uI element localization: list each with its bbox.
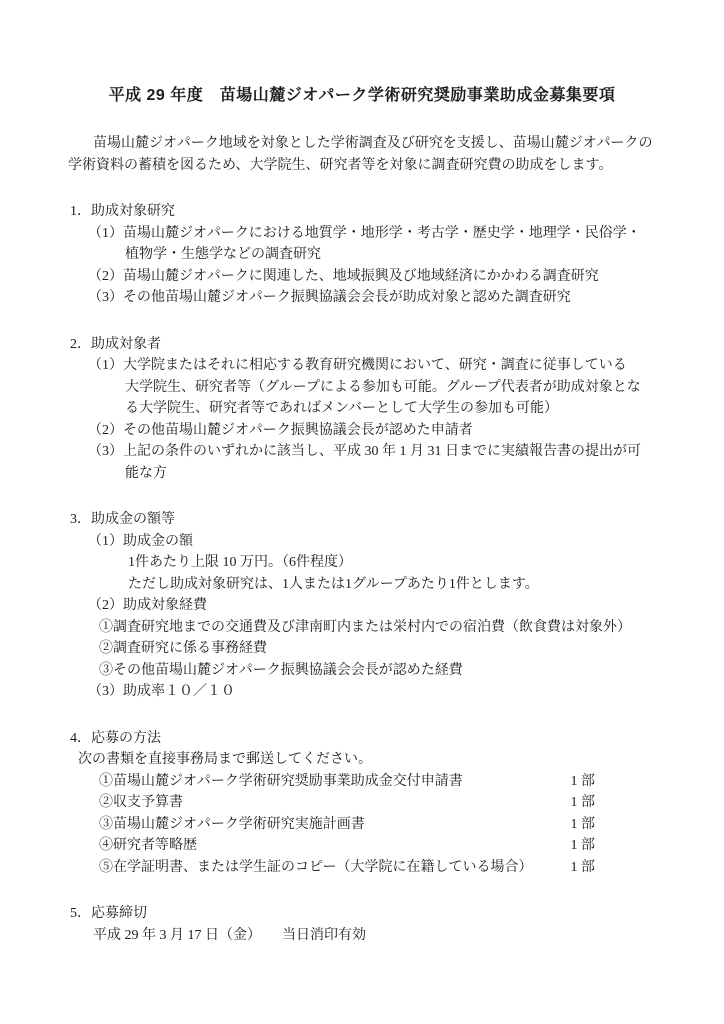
list-circled-item: ①調査研究地までの交通費及び津南町内または栄村内での宿泊費（飲食費は対象外）	[0, 617, 724, 639]
list-item: （2）その他苗場山麓ジオパーク振興協議会長が認めた申請者	[0, 420, 724, 442]
doc-count: 1 部	[571, 792, 596, 814]
deadline-date: 平成 29 年 3 月 17 日（金） 当日消印有効	[0, 925, 724, 947]
list-item-continuation: 植物学・生態学などの調査研究	[0, 244, 724, 266]
list-item: （2）助成対象経費	[0, 595, 724, 617]
doc-row: ②収支予算書 1 部	[0, 792, 724, 814]
list-item: （2）苗場山麓ジオパークに関連した、地域振興及び地域経済にかかわる調査研究	[0, 266, 724, 288]
list-item-continuation: 能な方	[0, 463, 724, 485]
doc-count: 1 部	[571, 771, 596, 793]
list-item-continuation: る大学院生、研究者等であればメンバーとして大学生の参加も可能）	[0, 398, 724, 420]
list-item: （1）苗場山麓ジオパークにおける地質学・地形学・考古学・歴史学・地理学・民俗学・	[0, 223, 724, 245]
doc-count: 1 部	[571, 857, 596, 879]
doc-name: ③苗場山麓ジオパーク学術研究実施計画書	[0, 814, 365, 836]
section-eligible-applicants: 2．助成対象者 （1）大学院またはそれに相応する教育研究機関において、研究・調査…	[0, 334, 724, 485]
section-deadline: 5．応募締切 平成 29 年 3 月 17 日（金） 当日消印有効	[0, 903, 724, 946]
doc-row: ①苗場山麓ジオパーク学術研究奨励事業助成金交付申請書 1 部	[0, 771, 724, 793]
intro-line: 学術資料の蓄積を図るため、大学院生、研究者等を対象に調査研究費の助成をします。	[0, 155, 724, 177]
doc-name: ⑤在学証明書、または学生証のコピー（大学院に在籍している場合）	[0, 857, 532, 879]
doc-row: ③苗場山麓ジオパーク学術研究実施計画書 1 部	[0, 814, 724, 836]
list-circled-item: ③その他苗場山麓ジオパーク振興協議会会長が認めた経費	[0, 660, 724, 682]
list-item: （3）助成率１０／１０	[0, 681, 724, 703]
list-item: （1）助成金の額	[0, 531, 724, 553]
section-application-method: 4．応募の方法 次の書類を直接事務局まで郵送してください。 ①苗場山麓ジオパーク…	[0, 728, 724, 879]
doc-row: ⑤在学証明書、または学生証のコピー（大学院に在籍している場合） 1 部	[0, 857, 724, 879]
doc-name: ④研究者等略歴	[0, 835, 197, 857]
section-heading: 1．助成対象研究	[0, 201, 724, 223]
list-item: （1）大学院またはそれに相応する教育研究機関において、研究・調査に従事している	[0, 355, 724, 377]
document-title: 平成 29 年度 苗場山麓ジオパーク学術研究奨励事業助成金募集要項	[0, 86, 724, 106]
section-grant-amount: 3．助成金の額等 （1）助成金の額 1件あたり上限 10 万円。（6件程度） た…	[0, 509, 724, 703]
list-subitem: ただし助成対象研究は、1人または1グループあたり1件とします。	[0, 574, 724, 596]
doc-row: ④研究者等略歴 1 部	[0, 835, 724, 857]
list-item-continuation: 大学院生、研究者等（グループによる参加も可能。グループ代表者が助成対象とな	[0, 377, 724, 399]
section-heading: 5．応募締切	[0, 903, 724, 925]
section-eligible-research: 1．助成対象研究 （1）苗場山麓ジオパークにおける地質学・地形学・考古学・歴史学…	[0, 201, 724, 309]
list-subitem: 1件あたり上限 10 万円。（6件程度）	[0, 552, 724, 574]
doc-name: ①苗場山麓ジオパーク学術研究奨励事業助成金交付申請書	[0, 771, 463, 793]
doc-count: 1 部	[571, 835, 596, 857]
document-page: 平成 29 年度 苗場山麓ジオパーク学術研究奨励事業助成金募集要項 苗場山麓ジオ…	[0, 0, 724, 1024]
list-item: （3）上記の条件のいずれかに該当し、平成 30 年 1 月 31 日までに実績報…	[0, 441, 724, 463]
list-circled-item: ②調査研究に係る事務経費	[0, 638, 724, 660]
section-heading: 2．助成対象者	[0, 334, 724, 356]
section-heading: 3．助成金の額等	[0, 509, 724, 531]
section-lead-text: 次の書類を直接事務局まで郵送してください。	[0, 749, 724, 771]
intro-line: 苗場山麓ジオパーク地域を対象とした学術調査及び研究を支援し、苗場山麓ジオパークの	[0, 133, 724, 155]
doc-count: 1 部	[571, 814, 596, 836]
section-heading: 4．応募の方法	[0, 728, 724, 750]
list-item: （3）その他苗場山麓ジオパーク振興協議会会長が助成対象と認めた調査研究	[0, 287, 724, 309]
intro-paragraph: 苗場山麓ジオパーク地域を対象とした学術調査及び研究を支援し、苗場山麓ジオパークの…	[0, 133, 724, 176]
doc-name: ②収支予算書	[0, 792, 183, 814]
